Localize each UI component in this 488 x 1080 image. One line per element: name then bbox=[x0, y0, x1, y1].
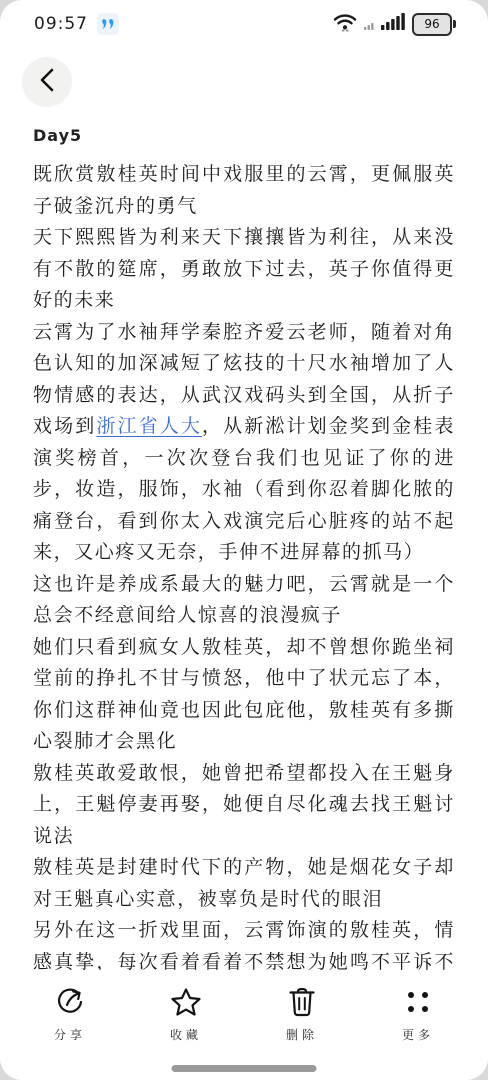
note-body: 既欣赏敫桂英时间中戏服里的云霄，更佩服英子破釜沉舟的勇气 天下熙熙皆为利来天下攘… bbox=[33, 159, 455, 970]
home-indicator[interactable] bbox=[172, 1065, 317, 1072]
paragraph-text: 既欣赏敫桂英时间中戏服里的云霄，更佩服英子破釜沉舟的勇气 bbox=[33, 163, 455, 217]
star-icon bbox=[170, 986, 202, 1018]
quote-app-indicator-icon bbox=[97, 13, 119, 35]
wifi-icon bbox=[333, 13, 357, 36]
paragraph-text: 她们只看到疯女人敫桂英，却不曾想你跪坐祠堂前的挣扎不甘与愤怒，他中了状元忘了本，… bbox=[33, 636, 455, 753]
clock-time: 09:57 bbox=[34, 14, 88, 34]
battery-icon: 96 bbox=[412, 13, 456, 36]
favorite-label: 收藏 bbox=[170, 1026, 202, 1043]
status-bar: 09:57 bbox=[0, 0, 488, 48]
trash-icon bbox=[288, 986, 316, 1018]
share-icon bbox=[55, 986, 85, 1018]
chevron-left-icon bbox=[39, 68, 55, 96]
note-title: Day5 bbox=[33, 126, 455, 145]
more-button[interactable]: 更多 bbox=[396, 986, 440, 1080]
cell-signal-icon bbox=[381, 13, 405, 36]
battery-percent: 96 bbox=[424, 17, 439, 31]
back-button[interactable] bbox=[22, 57, 72, 107]
share-label: 分享 bbox=[54, 1026, 86, 1043]
note-paragraph: 云霄为了水袖拜学秦腔齐爱云老师，随着对角色认知的加深减短了炫技的十尺水袖增加了人… bbox=[33, 317, 455, 569]
more-dots-icon bbox=[404, 986, 432, 1018]
paragraph-text: 天下熙熙皆为利来天下攘攘皆为利往，从来没有不散的筵席，勇敢放下过去，英子你值得更… bbox=[33, 226, 455, 311]
more-label: 更多 bbox=[402, 1026, 434, 1043]
paragraph-text: 敫桂英敢爱敢恨，她曾把希望都投入在王魁身上，王魁停妻再娶，她便自尽化魂去找王魁讨… bbox=[33, 762, 455, 847]
link-zhejiang-provincial-peoples-congress[interactable]: 浙江省人大 bbox=[96, 415, 202, 437]
note-paragraph: 敫桂英敢爱敢恨，她曾把希望都投入在王魁身上，王魁停妻再娶，她便自尽化魂去找王魁讨… bbox=[33, 758, 455, 853]
cell-signal-small-icon bbox=[364, 14, 374, 36]
note-paragraph: 敫桂英是封建时代下的产物，她是烟花女子却对王魁真心实意，被辜负是时代的眼泪 bbox=[33, 852, 455, 915]
status-bar-left: 09:57 bbox=[34, 13, 119, 35]
paragraph-text: 敫桂英是封建时代下的产物，她是烟花女子却对王魁真心实意，被辜负是时代的眼泪 bbox=[33, 856, 455, 910]
paragraph-text: 另外在这一折戏里面，云霄饰演的敫桂英，情感真挚，每次看着看着不禁想为她鸣不平诉不… bbox=[33, 919, 455, 970]
paragraph-text: ，从新淞计划金奖到金桂表演奖榜首，一次次登台我们也见证了你的进步，妆造，服饰，水… bbox=[33, 415, 455, 563]
delete-label: 删除 bbox=[286, 1026, 318, 1043]
note-paragraph: 这也许是养成系最大的魅力吧，云霄就是一个总会不经意间给人惊喜的浪漫疯子 bbox=[33, 569, 455, 632]
paragraph-text: 这也许是养成系最大的魅力吧，云霄就是一个总会不经意间给人惊喜的浪漫疯子 bbox=[33, 573, 455, 627]
phone-screen: 09:57 bbox=[0, 0, 488, 1080]
note-paragraph: 另外在这一折戏里面，云霄饰演的敫桂英，情感真挚，每次看着看着不禁想为她鸣不平诉不… bbox=[33, 915, 455, 970]
note-paragraph: 她们只看到疯女人敫桂英，却不曾想你跪坐祠堂前的挣扎不甘与愤怒，他中了状元忘了本，… bbox=[33, 632, 455, 758]
note-paragraph: 既欣赏敫桂英时间中戏服里的云霄，更佩服英子破釜沉舟的勇气 bbox=[33, 159, 455, 222]
note-content: Day5 既欣赏敫桂英时间中戏服里的云霄，更佩服英子破釜沉舟的勇气 天下熙熙皆为… bbox=[33, 126, 455, 970]
status-bar-right: 96 bbox=[333, 13, 456, 36]
share-button[interactable]: 分享 bbox=[48, 986, 92, 1080]
note-paragraph: 天下熙熙皆为利来天下攘攘皆为利往，从来没有不散的筵席，勇敢放下过去，英子你值得更… bbox=[33, 222, 455, 317]
